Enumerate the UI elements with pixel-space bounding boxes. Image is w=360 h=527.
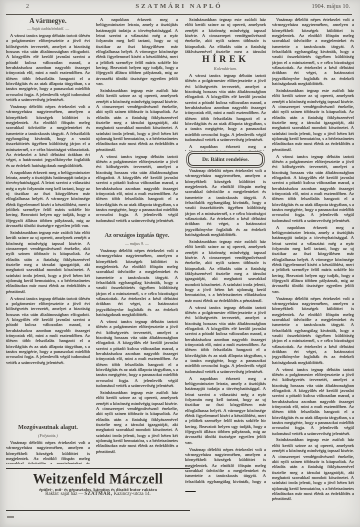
advertiser-name: Weitzenfeld Márczell (6, 470, 190, 486)
column-4: Vasárnap délelőtt népes értekezlet volt … (272, 17, 354, 512)
paragraph: A napokban érkezett meg a belügyminiszte… (6, 170, 90, 229)
paragraph: Szinházunkban tegnap este zsúfolt ház el… (185, 17, 266, 53)
paragraph: A városi tanács tegnap délután tartott ü… (96, 319, 178, 388)
page-header: 2 SZATMÁRI NAPLÓ 1904. május 10. (6, 3, 352, 15)
classified-row: Kalendárium. (185, 484, 266, 492)
ad-city: SZATMÁR, (84, 492, 112, 497)
paragraph: A napokban érkezett meg a belügyminiszte… (272, 225, 354, 294)
news-body-text: Vasárnap délelőtt népes értekezlet volt … (185, 168, 266, 484)
article-subhead: — Saját tudósítónktól. — (6, 26, 90, 31)
column-3: Szinházunkban tegnap este zsúfolt ház el… (185, 17, 266, 492)
article-headline: A vármegye. (6, 17, 90, 25)
newspaper-page: 2 SZATMÁRI NAPLÓ 1904. május 10. A várme… (0, 0, 360, 527)
paragraph: Vasárnap délelőtt népes értekezlet volt … (185, 168, 266, 237)
paragraph: A napokban érkezett meg a belügyminiszte… (185, 376, 266, 445)
paragraph: Vasárnap délelőtt népes értekezlet volt … (6, 440, 90, 464)
paragraph: A napokban érkezett meg a belügyminiszte… (96, 17, 178, 86)
article2-body-text: Vasárnap délelőtt népes értekezlet volt … (6, 440, 90, 464)
paragraph: A városi tanács tegnap délután tartott ü… (185, 73, 266, 142)
paragraph: Vasárnap délelőtt népes értekezlet volt … (96, 248, 178, 317)
paragraph: A városi tanács tegnap délután tartott ü… (272, 367, 354, 436)
paragraph: A városi tanács tegnap délután tartott ü… (96, 154, 178, 223)
ad-address: Raktár: saját ház — SZATMÁR, Kazinczy-ut… (6, 492, 190, 498)
article2-subhead: (Folytatás.) (6, 433, 90, 438)
column-body-text: A napokban érkezett meg a belügyminiszte… (96, 17, 178, 233)
paragraph: A városi tanács tegnap délután tartott ü… (6, 296, 90, 365)
paragraph: Szinházunkban tegnap este zsúfolt ház el… (272, 437, 354, 501)
ad-street: Kazinczy-utcza 14. (114, 492, 151, 497)
column-body-text: Vasárnap délelőtt népes értekezlet volt … (272, 17, 354, 512)
column-body-text: Szinházunkban tegnap este zsúfolt ház el… (185, 17, 266, 53)
paragraph: A városi tanács tegnap délután tartott ü… (185, 305, 266, 374)
paragraph: Vasárnap délelőtt népes értekezlet volt … (272, 17, 354, 86)
paragraph: Szinházunkban tegnap este zsúfolt ház el… (96, 390, 178, 454)
paragraph: Vasárnap délelőtt népes értekezlet volt … (6, 104, 90, 168)
column-1: A vármegye. — Saját tudósítónktól. — A v… (6, 17, 90, 464)
advertisement-weitzenfeld: Weitzenfeld Márczell épület-, mű- és gép… (6, 468, 190, 511)
ad-address-prefix: Raktár: saját ház — (45, 492, 83, 497)
paragraph: Vasárnap délelőtt népes értekezlet volt … (185, 447, 266, 484)
news-section-subtitle: Kalendárium. (185, 66, 266, 71)
article-headline: Az országos izgatás ügye. (96, 233, 178, 240)
issue-date: 1904. május 10. (312, 4, 350, 10)
news-section-title: HÍREK (185, 55, 266, 66)
paragraph: A napokban érkezett meg a belügyminiszte… (185, 144, 266, 151)
paragraph: A városi tanács tegnap délután tartott ü… (272, 154, 354, 223)
column-2: A napokban érkezett meg a belügyminiszte… (96, 17, 178, 460)
masthead-title: SZATMÁRI NAPLÓ (6, 3, 352, 10)
paragraph: A városi tanács tegnap délután tartott ü… (6, 33, 90, 102)
article-subhead: — május 9. — (96, 241, 178, 246)
scan-artifact (7, 516, 14, 518)
paragraph: Szinházunkban tegnap este zsúfolt ház el… (96, 88, 178, 152)
column-body-text: Vasárnap délelőtt népes értekezlet volt … (96, 248, 178, 460)
paragraph: Szinházunkban tegnap este zsúfolt ház el… (6, 230, 90, 294)
news-body-text: A városi tanács tegnap délután tartott ü… (185, 73, 266, 151)
boxed-notice: Dr. Bálint rendelése. (188, 153, 263, 166)
paragraph: Szinházunkban tegnap este zsúfolt ház el… (272, 88, 354, 152)
article2-headline: Mozgóvasutnak alagut. (6, 425, 90, 432)
paragraph: Vasárnap délelőtt népes értekezlet volt … (272, 296, 354, 365)
article-body-text: A városi tanács tegnap délután tartott ü… (6, 33, 90, 423)
boxed-notice-text: Dr. Bálint rendelése. (190, 157, 261, 163)
paragraph: Szinházunkban tegnap este zsúfolt ház el… (185, 239, 266, 303)
